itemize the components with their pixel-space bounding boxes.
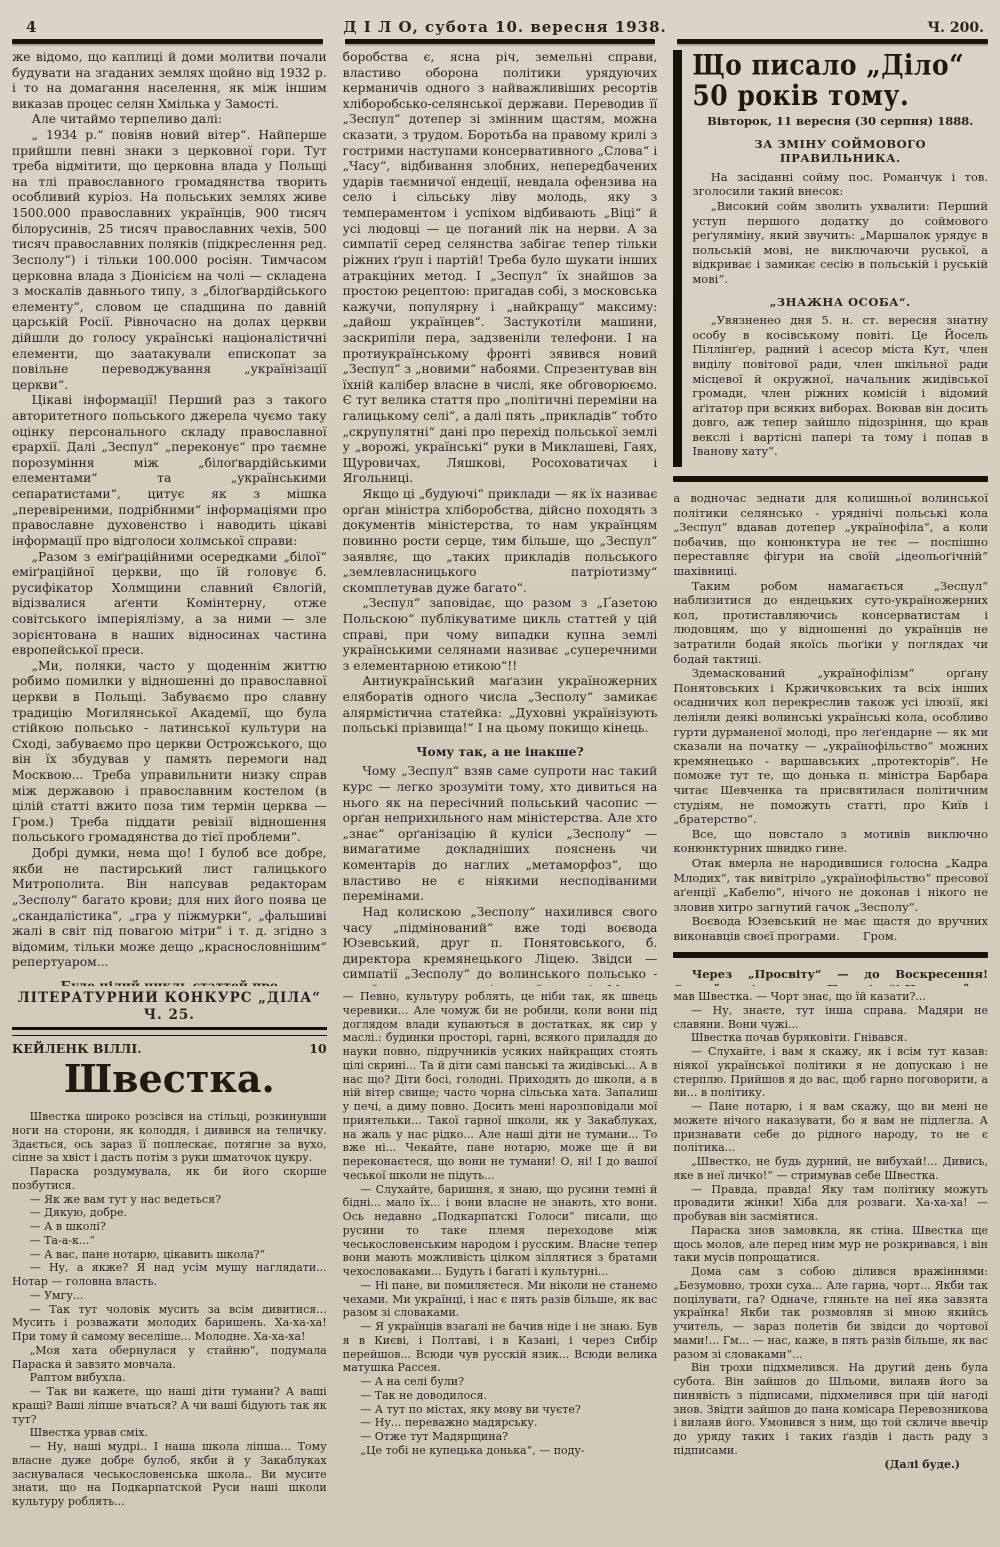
separator-rule (673, 952, 988, 958)
article-paragraph: мав Швестка. — Чорт знає, що їй казати?.… (673, 990, 988, 1004)
feature-box-body: ЗА ЗМІНУ СОЙМОВОГО ПРАВИЛЬНИКА.На засіда… (692, 137, 988, 459)
article-paragraph: „Моя хата обернулася у стайню“, подумала… (12, 1344, 327, 1372)
article-paragraph: — А на селі були? (343, 1375, 658, 1389)
article-paragraph: — Ну, знаєте, тут інша справа. Мадяри не… (673, 1004, 988, 1032)
article-paragraph: „ 1934 р.“ повіяв новий вітер“. Найперше… (12, 128, 327, 393)
article-paragraph: — Ну... переважно мадярську. (343, 1416, 658, 1430)
article-paragraph: „Зеспул“ заповідає, що разом з „Ґазетою … (343, 596, 658, 674)
to-be-continued: (Далі буде.) (673, 1458, 988, 1472)
article-paragraph: Параска роздумувала, як би його скорше п… (12, 1165, 327, 1193)
literary-column-1: ЛІТЕРАТУРНИЙ КОНКУРС „ДІЛА“ Ч. 25. КЕЙЛЕ… (12, 990, 327, 1538)
article-paragraph: Раптом вибухла. (12, 1371, 327, 1385)
article-paragraph: Над колискою „Зесполу“ нахилився свого ч… (343, 905, 658, 986)
article-paragraph: — Так ви кажете, що наші діти тумани? А … (12, 1385, 327, 1426)
rule-segment (345, 39, 656, 44)
article-paragraph: — Ні пане, ви помиляєтеся. Ми ніколи не … (343, 1279, 658, 1320)
article-paragraph: — Слухайте, баришня, я знаю, що русини т… (343, 1183, 658, 1279)
article-paragraph: Цікаві інформації! Перший раз з такого а… (12, 393, 327, 549)
article-paragraph: — Ну, а якже? Я над усім мушу наглядати.… (12, 1261, 327, 1289)
prosvita-slogan: Через „Просвіту“ — до Воскресення! Става… (673, 967, 988, 986)
rule-segment (677, 39, 988, 44)
feature-box-title: Що писало „Діло“ 50 років тому. (692, 50, 988, 110)
article-paragraph: Дома сам з собою ділився вражіннями: „Бе… (673, 1265, 988, 1361)
box-subheading: „ЗНАЖНА ОСОБА“. (692, 295, 988, 310)
article-paragraph: „Ми, поляки, часто у щоденнім життю роби… (12, 659, 327, 846)
article-paragraph: На засіданні сойму пос. Романчук і тов. … (692, 170, 988, 199)
article-paragraph: Але читаймо терпеливо далі: (12, 112, 327, 128)
article-paragraph: „Це тобі не купецька донька“, — поду- (343, 1444, 658, 1458)
article-paragraph: Параска знов замовкла, як стіна. Швестка… (673, 1224, 988, 1265)
article-paragraph: — Я українців взагалі не бачив ніде і не… (343, 1320, 658, 1375)
article-paragraph: Здемаскований „українофілізм“ орґану Пон… (673, 666, 988, 827)
article-paragraph: боробства є, ясна річ, земельні справи, … (343, 50, 658, 487)
literary-contest-header: ЛІТЕРАТУРНИЙ КОНКУРС „ДІЛА“ Ч. 25. (12, 990, 327, 1024)
article-heading: Чому так, а не інакше? (351, 744, 650, 760)
rule-segment (12, 39, 323, 44)
installment-number: 10 (309, 1041, 326, 1057)
article-paragraph: — А в школі? (12, 1220, 327, 1234)
masthead: 4 Д І Л О, субота 10. вересня 1938. Ч. 2… (12, 6, 988, 36)
article-paragraph: Антиукраїнський маґазин україножерних ел… (343, 674, 658, 736)
top-section: же відомо, що каплиці й доми молитви поч… (12, 50, 988, 986)
story-column-1-body: Швестка широко розсівся на стільці, розк… (12, 1110, 327, 1509)
column-left: же відомо, що каплиці й доми молитви поч… (12, 50, 327, 986)
article-paragraph: — Ну, наші мудрі.. І наша школа ліпша...… (12, 1440, 327, 1509)
page-number: 4 (12, 18, 146, 36)
article-paragraph: — Умгу... (12, 1289, 327, 1303)
article-heading: Буде цілий цикль статтей про парцеляцію … (20, 978, 319, 986)
article-paragraph: — Так тут чоловік мусить за всім дивитис… (12, 1303, 327, 1344)
issue-number: Ч. 200. (864, 20, 988, 36)
article-paragraph: Добрі думки, нема що! І булоб все добре,… (12, 846, 327, 971)
byline-row: КЕЙЛЕНК ВІЛЛІ. 10 (12, 1041, 327, 1057)
article-paragraph: Якщо ці „будуючі“ приклади — як їх назив… (343, 487, 658, 596)
literary-column-3: мав Швестка. — Чорт знає, що їй казати?.… (673, 990, 988, 1538)
article-paragraph: — Пане нотарю, і я вам скажу, що ви мені… (673, 1100, 988, 1155)
column-right-body: а водночас зеднати для колишньої волинсь… (673, 476, 988, 986)
article-paragraph: „Увязненео дня 5. н. ст. вересня знатну … (692, 313, 988, 459)
article-paragraph: Швестка широко розсівся на стільці, розк… (12, 1110, 327, 1165)
article-paragraph: „Високий сойм зволить ухвалити: Перший у… (692, 199, 988, 287)
article-paragraph: Все, що повстало з мотивів виключно коню… (673, 827, 988, 856)
article-paragraph: — А вас, пане нотарю, цікавить школа?“ (12, 1248, 327, 1262)
story-title: Швестка. (12, 1058, 327, 1100)
article-paragraph: Швестка урвав сміх. (12, 1426, 327, 1440)
article-paragraph: — Певно, культуру роблять, це ніби так, … (343, 990, 658, 1183)
article-paragraph: Чому „Зеспул“ взяв саме супроти нас таки… (343, 764, 658, 904)
article-paragraph: же відомо, що каплиці й доми молитви поч… (12, 50, 327, 112)
article-paragraph: — А тут по містах, яку мову ви чуєте? (343, 1403, 658, 1417)
article-paragraph: „Разом з еміґраційними осередками „білої… (12, 550, 327, 659)
article-paragraph: — Як же вам тут у нас ведеться? (12, 1193, 327, 1207)
literary-column-2: — Певно, культуру роблять, це ніби так, … (343, 990, 658, 1538)
separator-rule (673, 476, 988, 482)
article-paragraph: — Та-а-к...“ (12, 1234, 327, 1248)
article-paragraph: Отак вмерла не народившися голосна „Кадр… (673, 856, 988, 914)
article-paragraph: а водночас зеднати для колишньої волинсь… (673, 491, 988, 579)
article-paragraph: Швестка почав буряковіти. Гнівався. (673, 1031, 988, 1045)
article-paragraph: Таким робом намагається „Зеспул“ наблизи… (673, 579, 988, 667)
article-paragraph: — Дякую, добре. (12, 1206, 327, 1220)
literary-section: ЛІТЕРАТУРНИЙ КОНКУРС „ДІЛА“ Ч. 25. КЕЙЛЕ… (12, 990, 988, 1538)
feature-box-date: Вівторок, 11 вересня (30 серпня) 1888. (692, 114, 988, 129)
masthead-title: Д І Л О, субота 10. вересня 1938. (146, 18, 864, 36)
literary-header-rule (12, 1027, 327, 1036)
article-paragraph: Воєвода Юзевський не має щастя до вручни… (673, 914, 988, 943)
column-middle: боробства є, ясна річ, земельні справи, … (343, 50, 658, 986)
fifty-years-ago-box: Що писало „Діло“ 50 років тому. Вівторок… (673, 50, 988, 467)
author-name: КЕЙЛЕНК ВІЛЛІ. (12, 1041, 142, 1057)
article-paragraph: — Отже тут Мадярщина? (343, 1430, 658, 1444)
article-paragraph: — Так не доводилося. (343, 1389, 658, 1403)
box-subheading: ЗА ЗМІНУ СОЙМОВОГО ПРАВИЛЬНИКА. (692, 137, 988, 166)
article-paragraph: „Швестко, не будь дурний, не вибухай!...… (673, 1155, 988, 1183)
masthead-rule (12, 39, 988, 44)
article-paragraph: — Правда, правда! Яку там політику можут… (673, 1183, 988, 1224)
article-paragraph: — Слухайте, і вам я скажу, як і всім тут… (673, 1045, 988, 1100)
newspaper-page: 4 Д І Л О, субота 10. вересня 1938. Ч. 2… (0, 0, 1000, 1538)
article-paragraph: Він трохи підхмелився. На другий день бу… (673, 1361, 988, 1457)
column-right: Що писало „Діло“ 50 років тому. Вівторок… (673, 50, 988, 986)
